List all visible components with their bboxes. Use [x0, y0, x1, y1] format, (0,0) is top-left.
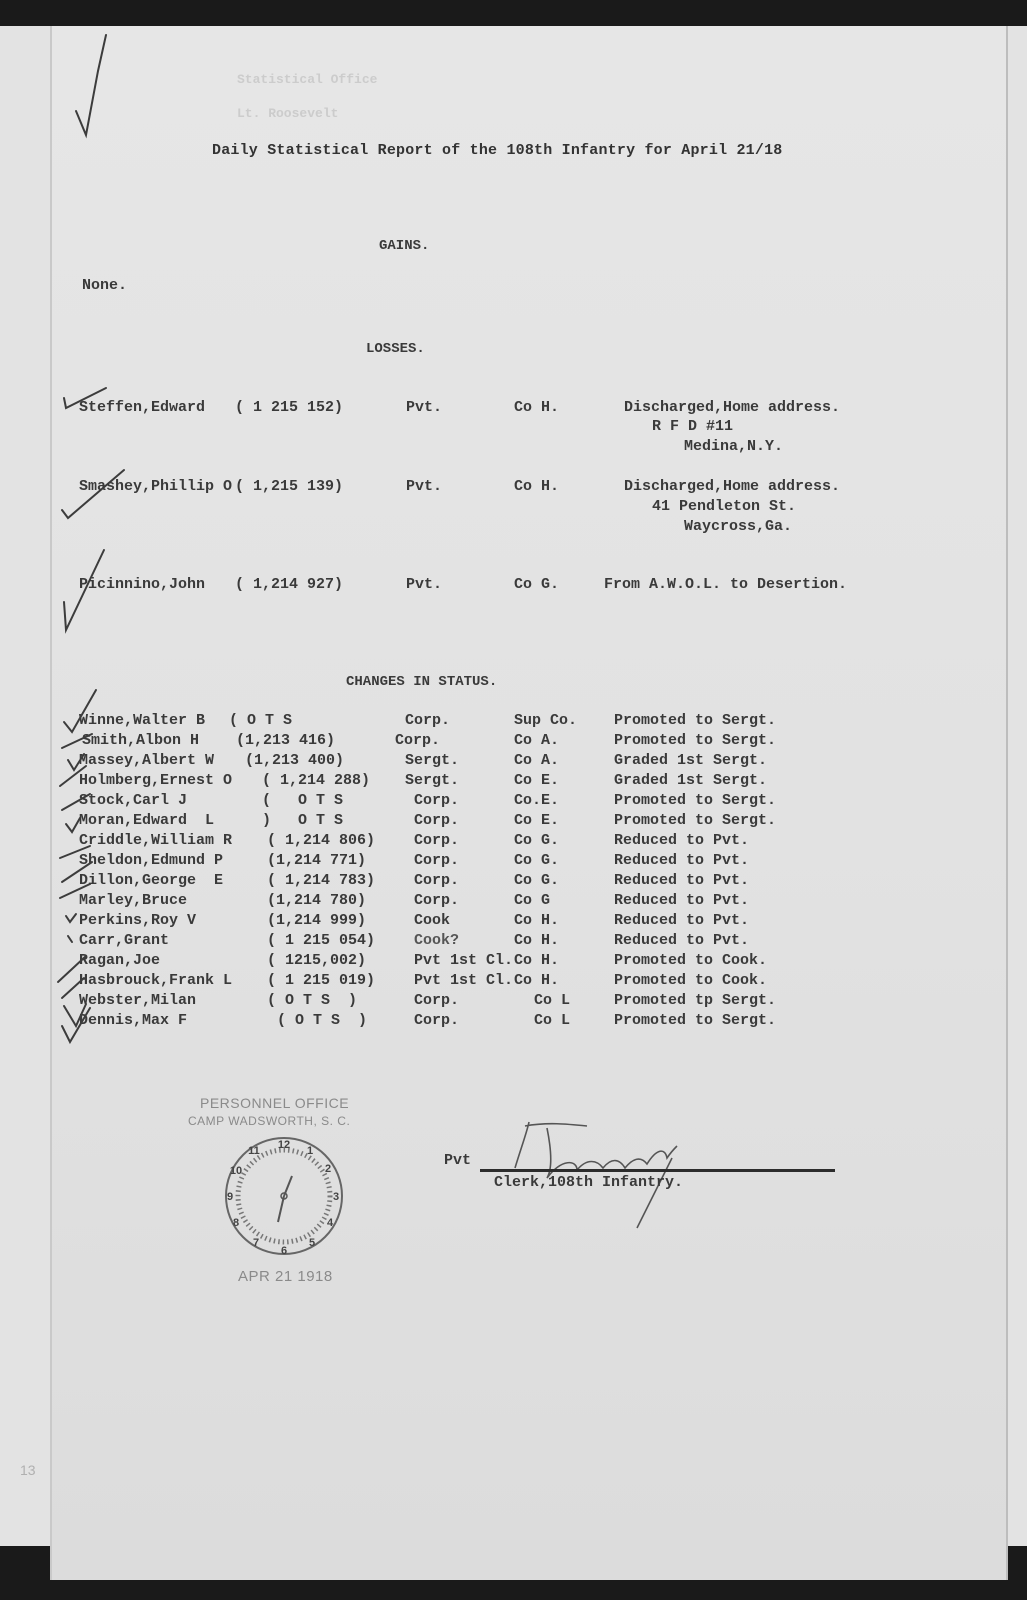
change-rank: Corp.	[414, 892, 459, 909]
loss-remark: R F D #11	[652, 418, 733, 435]
change-serial: ( 1 215 019)	[267, 972, 375, 989]
change-company: Co L	[534, 1012, 570, 1029]
ghost-line: Statistical Office	[237, 72, 377, 87]
change-rank: Corp.	[414, 852, 459, 869]
change-rank: Pvt 1st Cl.	[414, 972, 513, 989]
loss-remark: Discharged,Home address.	[624, 399, 840, 416]
svg-text:6: 6	[281, 1245, 287, 1257]
gains-none: None.	[82, 277, 127, 294]
loss-remark: Medina,N.Y.	[684, 438, 783, 455]
change-rank: Pvt 1st Cl.	[414, 952, 513, 969]
loss-serial: ( 1 215 152)	[235, 399, 343, 416]
svg-text:1: 1	[307, 1145, 313, 1157]
change-rank: Corp.	[414, 832, 459, 849]
change-serial: ( 1215,002)	[267, 952, 366, 969]
change-serial: ( 1 215 054)	[267, 932, 375, 949]
loss-serial: ( 1,214 927)	[235, 576, 343, 593]
change-rank: Corp.	[395, 732, 440, 749]
svg-text:8: 8	[233, 1217, 239, 1229]
loss-remark: Waycross,Ga.	[684, 518, 792, 535]
margin-mark: 13	[20, 1462, 36, 1478]
change-serial: ( 1,214 288)	[262, 772, 370, 789]
change-description: Reduced to Pvt.	[614, 852, 749, 869]
loss-rank: Pvt.	[406, 576, 442, 593]
change-serial: (1,214 771)	[267, 852, 366, 869]
svg-text:9: 9	[227, 1191, 233, 1203]
loss-remark: From A.W.O.L. to Desertion.	[604, 576, 847, 593]
change-rank: Sergt.	[405, 752, 459, 769]
document-page: Statistical Office Lt. Roosevelt Daily S…	[50, 26, 1008, 1580]
change-company: Co H.	[514, 932, 559, 949]
change-serial: ( O T S	[229, 712, 292, 729]
loss-remark: Discharged,Home address.	[624, 478, 840, 495]
change-company: Co E.	[514, 812, 559, 829]
svg-text:5: 5	[309, 1237, 315, 1249]
loss-company: Co H.	[514, 478, 559, 495]
report-title: Daily Statistical Report of the 108th In…	[212, 142, 783, 159]
change-serial: ( 1,214 783)	[267, 872, 375, 889]
change-serial: (1,213 400)	[245, 752, 344, 769]
check-mark-icon	[72, 31, 112, 141]
svg-text:11: 11	[248, 1145, 260, 1157]
change-company: Co.E.	[514, 792, 559, 809]
change-serial: ) O T S	[262, 812, 343, 829]
svg-text:4: 4	[327, 1217, 334, 1229]
gains-heading: GAINS.	[379, 238, 429, 254]
change-description: Promoted to Cook.	[614, 972, 767, 989]
change-company: Sup Co.	[514, 712, 577, 729]
loss-name: Picinnino,John	[79, 576, 205, 593]
change-rank: Corp.	[414, 792, 459, 809]
change-description: Graded 1st Sergt.	[614, 772, 767, 789]
stamp-line2: CAMP WADSWORTH, S. C.	[188, 1114, 350, 1128]
change-company: Co H.	[514, 952, 559, 969]
change-rank: Sergt.	[405, 772, 459, 789]
svg-text:10: 10	[230, 1165, 242, 1177]
stamp-date: APR 21 1918	[238, 1268, 333, 1285]
ghost-line: Lt. Roosevelt	[237, 106, 338, 121]
change-company: Co G.	[514, 832, 559, 849]
stamp-line1: PERSONNEL OFFICE	[200, 1095, 349, 1111]
change-rank: Corp.	[414, 1012, 459, 1029]
change-description: Promoted to Sergt.	[614, 812, 776, 829]
signature-title: Clerk,108th Infantry.	[494, 1174, 683, 1191]
change-description: Reduced to Pvt.	[614, 912, 749, 929]
change-description: Promoted to Sergt.	[614, 792, 776, 809]
signature-rank: Pvt	[444, 1152, 471, 1169]
change-description: Promoted to Sergt.	[614, 732, 776, 749]
clock-stamp-icon: 1212 345 678 91011	[222, 1134, 346, 1258]
change-serial: (1,214 780)	[267, 892, 366, 909]
change-description: Graded 1st Sergt.	[614, 752, 767, 769]
change-rank: Corp.	[414, 872, 459, 889]
change-serial: (1,214 999)	[267, 912, 366, 929]
change-serial: ( O T S	[262, 792, 343, 809]
change-description: Promoted to Cook.	[614, 952, 767, 969]
change-description: Promoted tp Sergt.	[614, 992, 776, 1009]
change-description: Reduced to Pvt.	[614, 832, 749, 849]
svg-text:2: 2	[325, 1163, 331, 1175]
change-company: Co E.	[514, 772, 559, 789]
svg-text:12: 12	[278, 1139, 290, 1151]
loss-name: Smashey,Phillip O	[79, 478, 232, 495]
change-company: Co H.	[514, 972, 559, 989]
loss-company: Co G.	[514, 576, 559, 593]
change-company: Co H.	[514, 912, 559, 929]
loss-serial: ( 1,215 139)	[235, 478, 343, 495]
change-company: Co G.	[514, 852, 559, 869]
losses-heading: LOSSES.	[366, 341, 425, 357]
change-rank: Corp.	[414, 812, 459, 829]
loss-rank: Pvt.	[406, 478, 442, 495]
change-rank: Corp.	[414, 992, 459, 1009]
change-rank: Cook	[414, 912, 450, 929]
change-company: Co A.	[514, 732, 559, 749]
svg-text:7: 7	[253, 1237, 259, 1249]
change-company: Co A.	[514, 752, 559, 769]
change-serial: ( 1,214 806)	[267, 832, 375, 849]
check-mark-icon	[58, 466, 128, 526]
change-company: Co G	[514, 892, 550, 909]
change-rank: Cook?	[414, 932, 459, 949]
loss-company: Co H.	[514, 399, 559, 416]
svg-text:3: 3	[333, 1191, 339, 1203]
change-description: Reduced to Pvt.	[614, 872, 749, 889]
loss-remark: 41 Pendleton St.	[652, 498, 796, 515]
signature-line	[480, 1169, 835, 1172]
check-marks-column-icon	[56, 686, 106, 1046]
change-serial: ( O T S )	[267, 992, 357, 1009]
loss-name: Steffen,Edward	[79, 399, 205, 416]
loss-rank: Pvt.	[406, 399, 442, 416]
change-serial: (1,213 416)	[236, 732, 335, 749]
change-company: Co L	[534, 992, 570, 1009]
change-serial: ( O T S )	[277, 1012, 367, 1029]
change-description: Promoted to Sergt.	[614, 1012, 776, 1029]
change-description: Promoted to Sergt.	[614, 712, 776, 729]
change-description: Reduced to Pvt.	[614, 892, 749, 909]
change-description: Reduced to Pvt.	[614, 932, 749, 949]
change-company: Co G.	[514, 872, 559, 889]
change-rank: Corp.	[405, 712, 450, 729]
changes-heading: CHANGES IN STATUS.	[346, 674, 497, 690]
